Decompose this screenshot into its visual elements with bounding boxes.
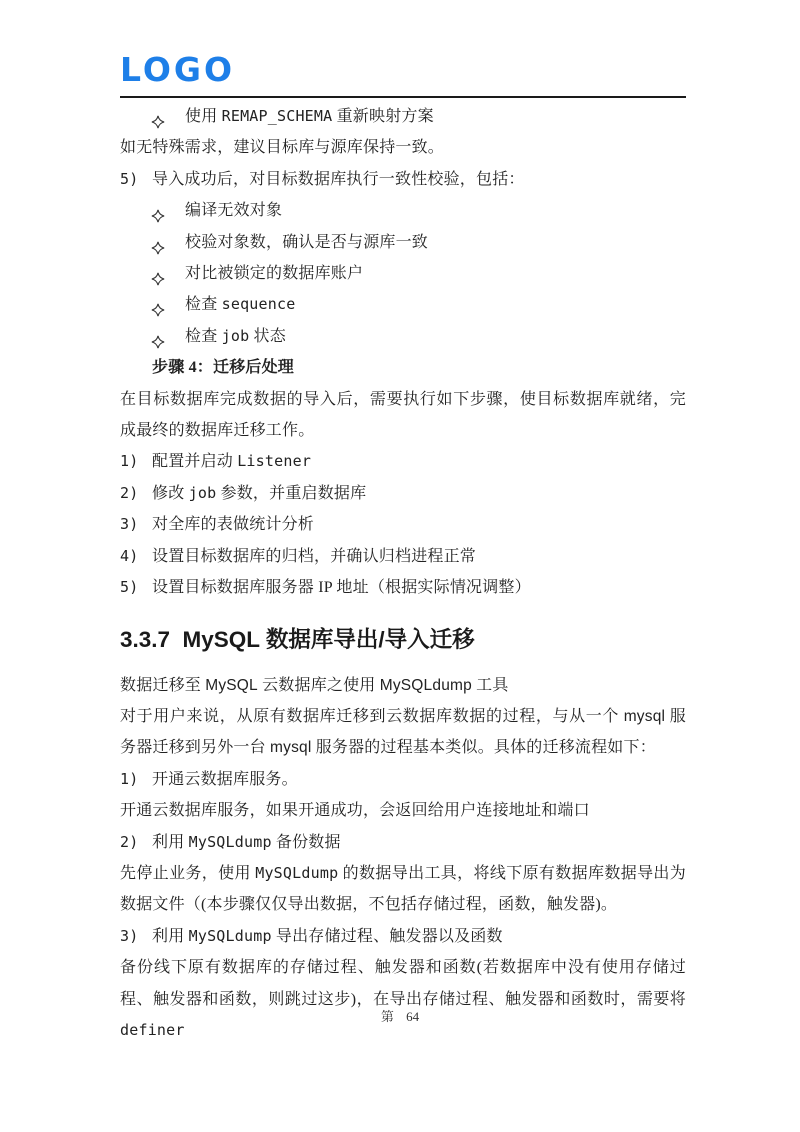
line-text: 设置目标数据库服务器 IP 地址（根据实际情况调整） xyxy=(152,579,531,596)
line-text: 编译无效对象 xyxy=(185,202,282,219)
numbered-item: 3)对全库的表做统计分析 xyxy=(120,509,686,540)
line-text: 先停止业务，使用 MySQLdump 的数据导出工具，将线下原有数据库数据导出为… xyxy=(120,865,686,913)
line-text: 检查 sequence xyxy=(185,296,295,313)
bullet-item: 使用 REMAP_SCHEMA 重新映射方案 xyxy=(120,101,686,132)
paragraph: 在目标数据库完成数据的导入后，需要执行如下步骤，使目标数据库就绪，完成最终的数据… xyxy=(120,384,686,447)
line-text: 备份线下原有数据库的存储过程、触发器和函数(若数据库中没有使用存储过程、触发器和… xyxy=(120,959,686,1039)
line-text: 利用 MySQLdump 备份数据 xyxy=(152,834,341,851)
header-divider xyxy=(120,96,686,98)
section-heading-text: 3.3.7 MySQL 数据库导出/导入迁移 xyxy=(120,627,475,652)
section-heading: 3.3.7 MySQL 数据库导出/导入迁移 xyxy=(120,622,686,658)
bullet-item: 校验对象数，确认是否与源库一致 xyxy=(120,227,686,258)
line-text: 导入成功后，对目标数据库执行一致性校验，包括： xyxy=(152,171,525,188)
page-footer: 第 64 xyxy=(0,1006,800,1025)
paragraph: 备份线下原有数据库的存储过程、触发器和函数(若数据库中没有使用存储过程、触发器和… xyxy=(120,952,686,1046)
line-text: 在目标数据库完成数据的导入后，需要执行如下步骤，使目标数据库就绪，完成最终的数据… xyxy=(120,391,686,439)
paragraph: 对于用户来说，从原有数据库迁移到云数据库数据的过程，与从一个 mysql 服务器… xyxy=(120,701,686,764)
numbered-item: 2)修改 job 参数，并重启数据库 xyxy=(120,478,686,509)
bullet-item: 检查 sequence xyxy=(120,289,686,320)
footer-prefix: 第 xyxy=(381,1009,394,1024)
diamond-bullet-icon xyxy=(151,235,165,249)
paragraph: 数据迁移至 MySQL 云数据库之使用 MySQLdump 工具 xyxy=(120,670,686,701)
diamond-bullet-icon xyxy=(151,109,165,123)
line-text: 步骤 4：迁移后处理 xyxy=(152,359,294,376)
numbered-item: 3)利用 MySQLdump 导出存储过程、触发器以及函数 xyxy=(120,921,686,952)
line-text: 开通云数据库服务，如果开通成功，会返回给用户连接地址和端口 xyxy=(120,802,590,819)
list-number: 4) xyxy=(120,541,152,572)
numbered-item: 1)开通云数据库服务。 xyxy=(120,764,686,795)
numbered-item: 2)利用 MySQLdump 备份数据 xyxy=(120,827,686,858)
list-number: 5) xyxy=(120,572,152,603)
footer-page-number: 64 xyxy=(406,1009,419,1024)
list-number: 2) xyxy=(120,827,152,858)
line-text: 如无特殊需求，建议目标库与源库保持一致。 xyxy=(120,139,444,156)
list-number: 3) xyxy=(120,509,152,540)
line-text: 数据迁移至 MySQL 云数据库之使用 MySQLdump 工具 xyxy=(120,677,509,694)
paragraph: 如无特殊需求，建议目标库与源库保持一致。 xyxy=(120,132,686,163)
diamond-bullet-icon xyxy=(151,266,165,280)
line-text: 使用 REMAP_SCHEMA 重新映射方案 xyxy=(185,108,434,125)
line-text: 对全库的表做统计分析 xyxy=(152,516,314,533)
paragraph: 先停止业务，使用 MySQLdump 的数据导出工具，将线下原有数据库数据导出为… xyxy=(120,858,686,921)
line-text: 对比被锁定的数据库账户 xyxy=(185,265,363,282)
line-text: 对于用户来说，从原有数据库迁移到云数据库数据的过程，与从一个 mysql 服务器… xyxy=(120,708,686,756)
list-number: 2) xyxy=(120,478,152,509)
bullet-item: 对比被锁定的数据库账户 xyxy=(120,258,686,289)
line-text: 校验对象数，确认是否与源库一致 xyxy=(185,234,428,251)
diamond-bullet-icon xyxy=(151,297,165,311)
line-text: 配置并启动 Listener xyxy=(152,453,311,470)
list-number: 1) xyxy=(120,764,152,795)
numbered-item: 1)配置并启动 Listener xyxy=(120,446,686,477)
list-number: 5) xyxy=(120,164,152,195)
page-header: LOGO xyxy=(120,50,686,98)
line-text: 利用 MySQLdump 导出存储过程、触发器以及函数 xyxy=(152,928,503,945)
list-number: 3) xyxy=(120,921,152,952)
document-body: 使用 REMAP_SCHEMA 重新映射方案如无特殊需求，建议目标库与源库保持一… xyxy=(120,101,686,1046)
step-heading: 步骤 4：迁移后处理 xyxy=(120,352,686,383)
line-text: 设置目标数据库的归档，并确认归档进程正常 xyxy=(152,548,476,565)
logo: LOGO xyxy=(120,50,686,90)
numbered-item: 5)导入成功后，对目标数据库执行一致性校验，包括： xyxy=(120,164,686,195)
line-text: 检查 job 状态 xyxy=(185,328,286,345)
line-text: 开通云数据库服务。 xyxy=(152,771,298,788)
bullet-item: 检查 job 状态 xyxy=(120,321,686,352)
document-page: LOGO 使用 REMAP_SCHEMA 重新映射方案如无特殊需求，建议目标库与… xyxy=(0,0,800,1132)
diamond-bullet-icon xyxy=(151,329,165,343)
numbered-item: 5)设置目标数据库服务器 IP 地址（根据实际情况调整） xyxy=(120,572,686,603)
paragraph: 开通云数据库服务，如果开通成功，会返回给用户连接地址和端口 xyxy=(120,795,686,826)
line-text: 修改 job 参数，并重启数据库 xyxy=(152,485,366,502)
list-number: 1) xyxy=(120,446,152,477)
diamond-bullet-icon xyxy=(151,203,165,217)
bullet-item: 编译无效对象 xyxy=(120,195,686,226)
numbered-item: 4)设置目标数据库的归档，并确认归档进程正常 xyxy=(120,541,686,572)
